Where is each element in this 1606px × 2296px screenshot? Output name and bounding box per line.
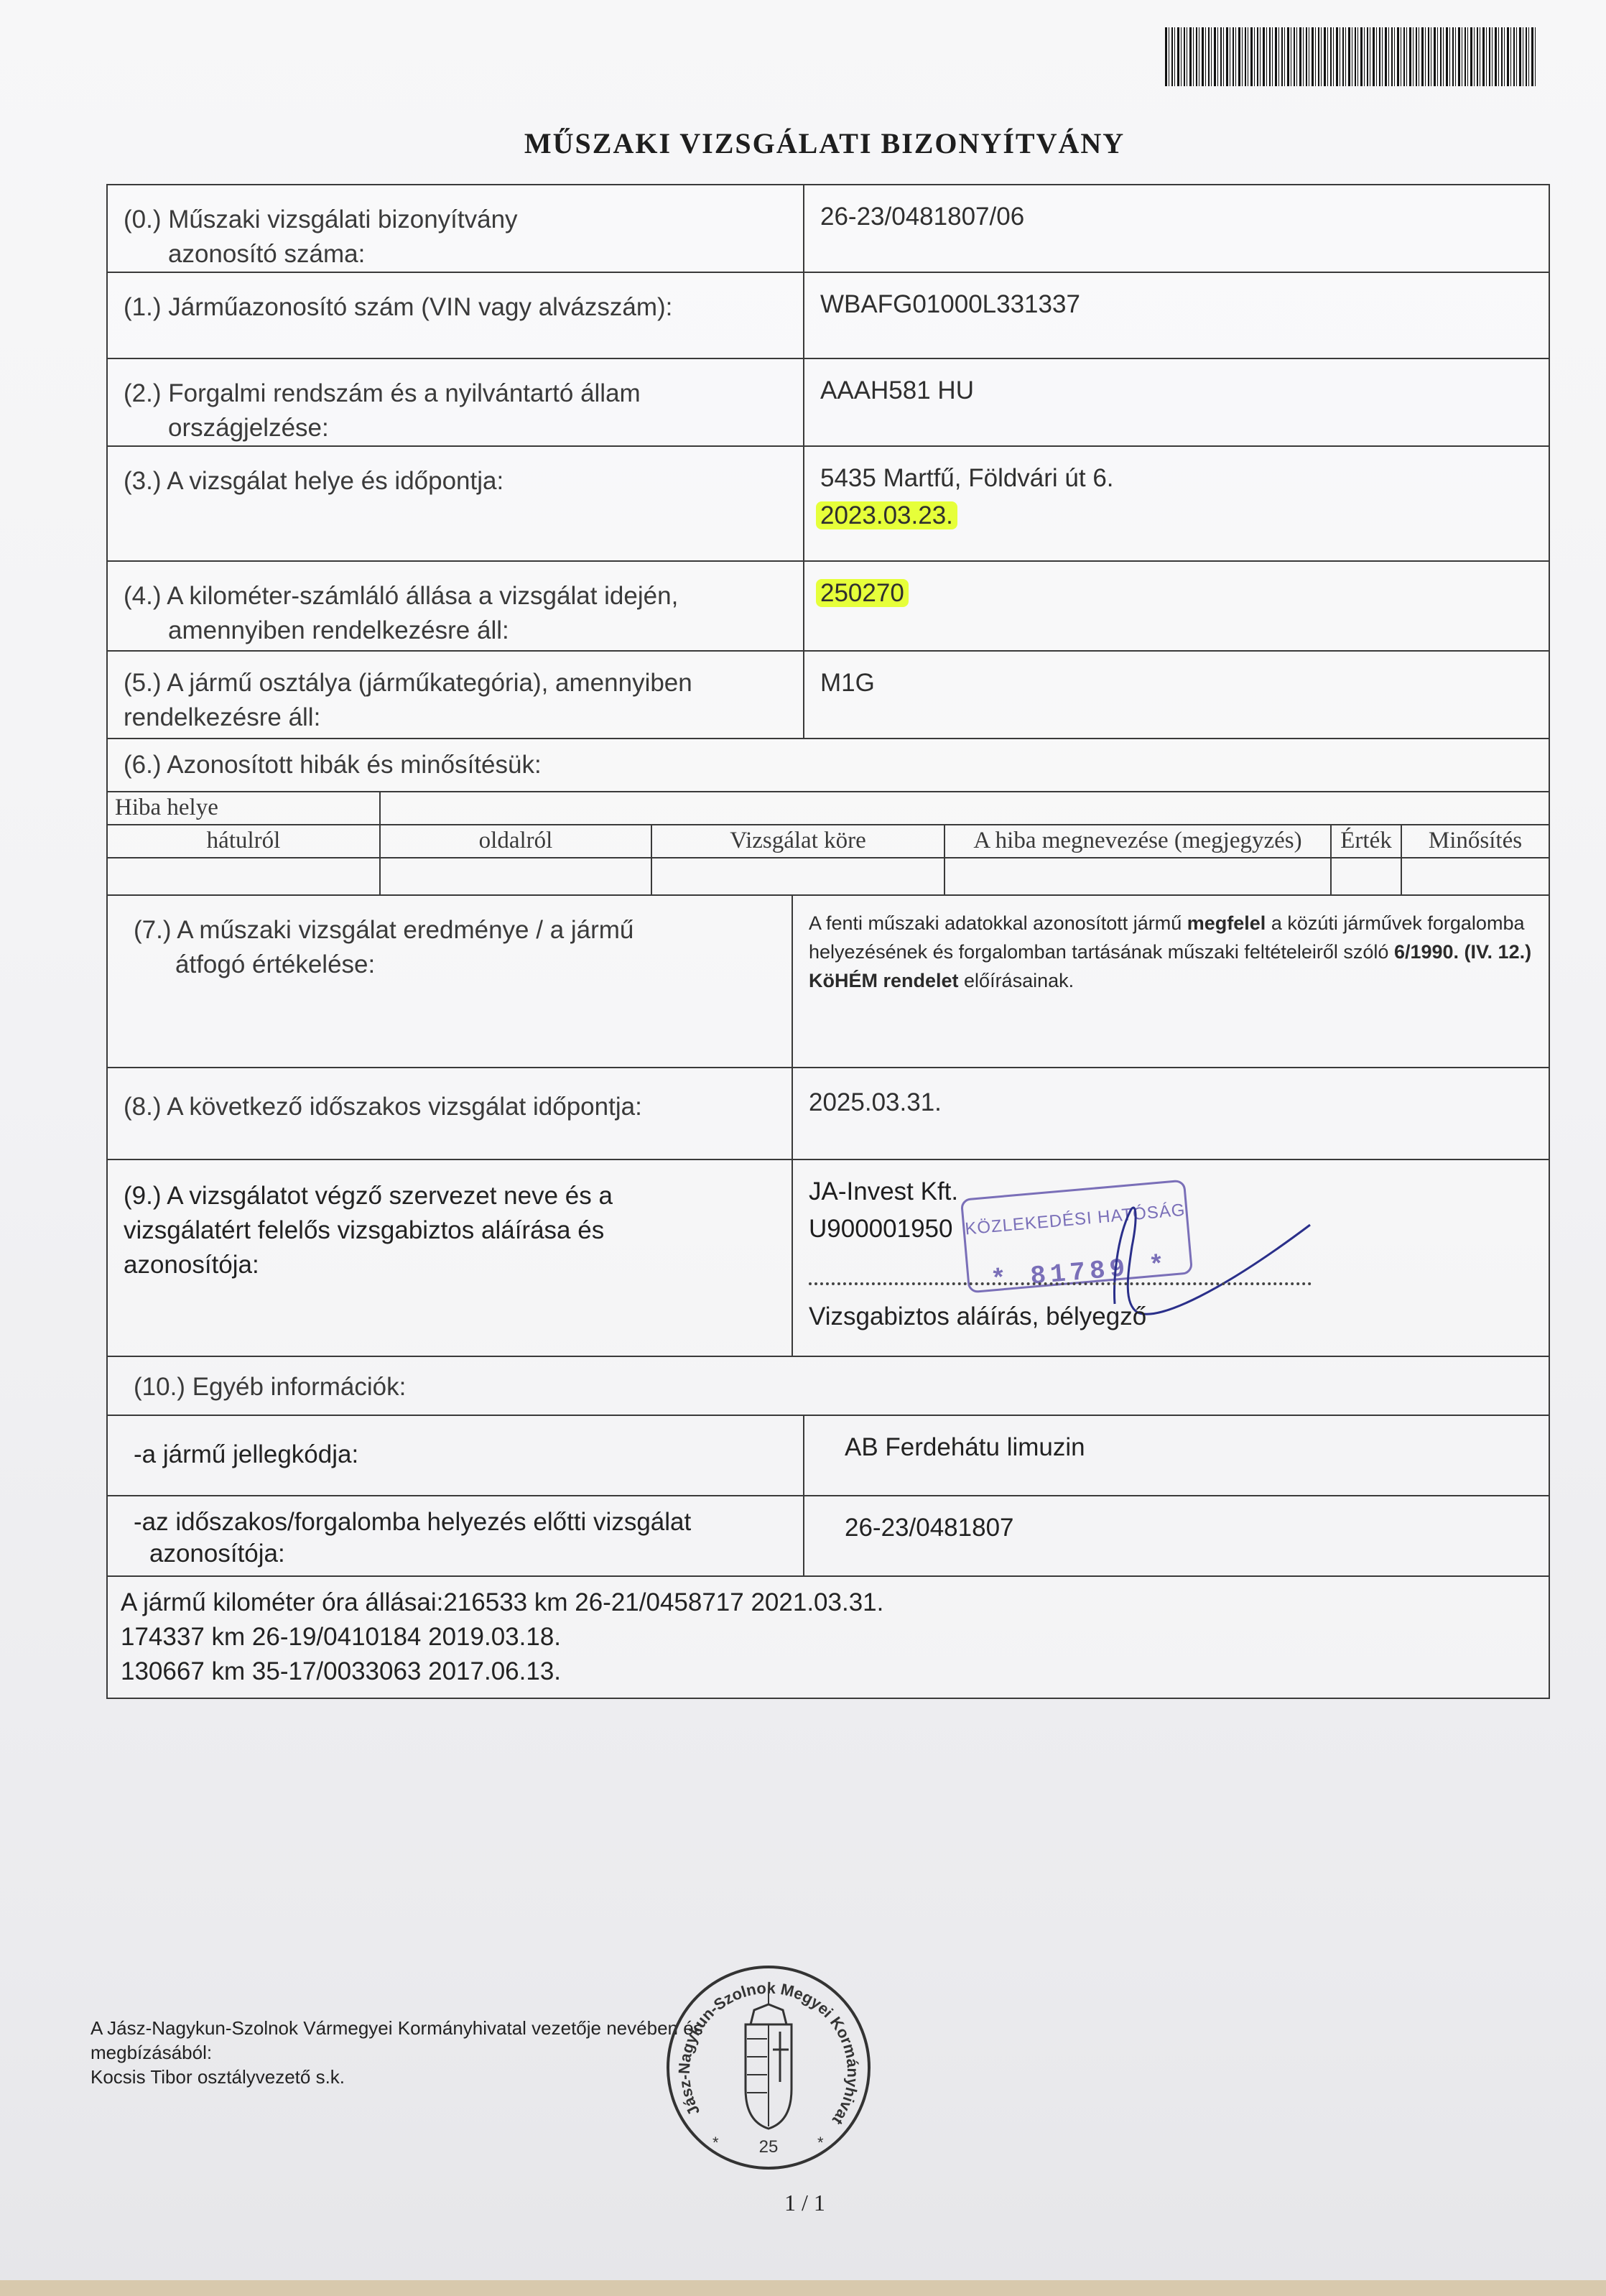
- field-5-row: (5.) A jármű osztálya (járműkategória), …: [108, 652, 1549, 739]
- vehicle-category-value: M1G: [803, 652, 1549, 738]
- signature-caption: Vizsgabiztos aláírás, bélyegző: [809, 1298, 1146, 1336]
- table-row: [108, 857, 1549, 894]
- defects-column-headers: hátulról oldalról Vizsgálat köre A hiba …: [108, 824, 1549, 857]
- field-1-row: (1.) Járműazonosító szám (VIN vagy alváz…: [108, 273, 1549, 359]
- col-header-rating: Minősítés: [1401, 825, 1549, 857]
- government-seal-icon: Jász-Nagykun-Szolnok Megyei Kormányhivat…: [661, 1960, 876, 2175]
- odometer-history-entry: 130667 km 35-17/0033063 2017.06.13.: [121, 1654, 883, 1689]
- document-title: MŰSZAKI VIZSGÁLATI BIZONYÍTVÁNY: [22, 126, 1606, 160]
- field-4-row: (4.) A kilométer-számláló állása a vizsg…: [108, 562, 1549, 652]
- field-3-row: (3.) A vizsgálat helye és időpontja: 543…: [108, 447, 1549, 562]
- field-7-label: (7.) A műszaki vizsgálat eredménye / a j…: [108, 896, 792, 1067]
- field-1-label: (1.) Járműazonosító szám (VIN vagy alváz…: [108, 273, 803, 358]
- odometer-value: 250270: [816, 579, 909, 607]
- field-9-row: (9.) A vizsgálatot végző szervezet neve …: [108, 1160, 1549, 1357]
- certificate-form: (0.) Műszaki vizsgálati bizonyítvány azo…: [106, 184, 1550, 1699]
- col-header-side: oldalról: [379, 825, 651, 857]
- field-10-row: (10.) Egyéb információk:: [108, 1357, 1549, 1416]
- next-inspection-date: 2025.03.31.: [792, 1068, 1549, 1159]
- svg-text:25: 25: [759, 2137, 779, 2157]
- field-5-label: (5.) A jármű osztálya (járműkategória), …: [108, 652, 803, 738]
- odometer-history-entry: 174337 km 26-19/0410184 2019.03.18.: [121, 1620, 883, 1654]
- inspection-place-date: 5435 Martfű, Földvári út 6. 2023.03.23.: [803, 447, 1549, 560]
- field-6-label: (6.) Azonosított hibák és minősítésük:: [108, 739, 1549, 792]
- field-2-label: (2.) Forgalmi rendszám és a nyilvántartó…: [108, 359, 803, 445]
- col-header-value: Érték: [1330, 825, 1401, 857]
- col-header-rear: hátulról: [108, 825, 379, 857]
- inspection-result-text: A fenti műszaki adatokkal azonosított já…: [792, 896, 1549, 1067]
- result-verdict: megfelel: [1187, 912, 1266, 934]
- inspection-place-value: 5435 Martfű, Földvári út 6.: [820, 460, 1533, 497]
- signatory-name: Kocsis Tibor osztályvezető s.k.: [90, 2065, 703, 2089]
- svg-text:Jász-Nagykun-Szolnok Megyei Ko: Jász-Nagykun-Szolnok Megyei Kormányhivat…: [661, 1960, 862, 2129]
- paper-edge: [0, 2280, 1606, 2296]
- page-number: 1 / 1: [784, 2190, 825, 2216]
- defects-table: Hiba helye hátulról oldalról Vizsgálat k…: [108, 792, 1549, 894]
- svg-text:*: *: [817, 2134, 824, 2152]
- barcode: [1165, 27, 1536, 86]
- plate-number-value: AAAH581 HU: [803, 359, 1549, 445]
- vehicle-type-code-label: -a jármű jellegkódja:: [108, 1416, 803, 1495]
- previous-inspection-label: -az időszakos/forgalomba helyezés előtti…: [108, 1496, 803, 1575]
- col-header-scope: Vizsgálat köre: [651, 825, 944, 857]
- field-10-item-2-row: -az időszakos/forgalomba helyezés előtti…: [108, 1496, 1549, 1577]
- field-6-row: (6.) Azonosított hibák és minősítésük: H…: [108, 739, 1549, 896]
- signature-line: [809, 1282, 1312, 1285]
- col-header-defect-name: A hiba megnevezése (megjegyzés): [944, 825, 1330, 857]
- defects-location-header-row: Hiba helye: [108, 792, 1549, 824]
- odometer-history-entry: A jármű kilométer óra állásai:216533 km …: [121, 1586, 883, 1620]
- defects-location-header: Hiba helye: [108, 792, 379, 824]
- field-3-label: (3.) A vizsgálat helye és időpontja:: [108, 447, 803, 560]
- field-7-row: (7.) A műszaki vizsgálat eredménye / a j…: [108, 896, 1549, 1068]
- authority-footer: A Jász-Nagykun-Szolnok Vármegyei Kormány…: [90, 2016, 703, 2089]
- field-2-row: (2.) Forgalmi rendszám és a nyilvántartó…: [108, 359, 1549, 447]
- odometer-history: A jármű kilométer óra állásai:216533 km …: [108, 1577, 896, 1698]
- field-9-label: (9.) A vizsgálatot végző szervezet neve …: [108, 1160, 792, 1356]
- inspection-date-value: 2023.03.23.: [816, 501, 957, 529]
- svg-text:*: *: [713, 2134, 719, 2152]
- certificate-id-value: 26-23/0481807/06: [803, 185, 1549, 272]
- defects-header-spacer: [379, 792, 1549, 824]
- vehicle-type-code-value: AB Ferdehátu limuzin: [803, 1416, 1549, 1495]
- field-0-label: (0.) Műszaki vizsgálati bizonyítvány azo…: [108, 185, 803, 272]
- field-8-label: (8.) A következő időszakos vizsgálat idő…: [108, 1068, 792, 1159]
- previous-inspection-value: 26-23/0481807: [803, 1496, 1549, 1575]
- field-4-label: (4.) A kilométer-számláló állása a vizsg…: [108, 562, 803, 650]
- field-8-row: (8.) A következő időszakos vizsgálat idő…: [108, 1068, 1549, 1160]
- vin-value: WBAFG01000L331337: [803, 273, 1549, 358]
- field-0-row: (0.) Műszaki vizsgálati bizonyítvány azo…: [108, 185, 1549, 273]
- odometer-value-cell: 250270: [803, 562, 1549, 650]
- inspector-block: JA-Invest Kft. U900001950 KÖZLEKEDÉSI HA…: [792, 1160, 1549, 1356]
- field-10-label: (10.) Egyéb információk:: [108, 1357, 422, 1415]
- odometer-history-row: A jármű kilométer óra állásai:216533 km …: [108, 1577, 1549, 1698]
- field-10-item-1-row: -a jármű jellegkódja: AB Ferdehátu limuz…: [108, 1416, 1549, 1496]
